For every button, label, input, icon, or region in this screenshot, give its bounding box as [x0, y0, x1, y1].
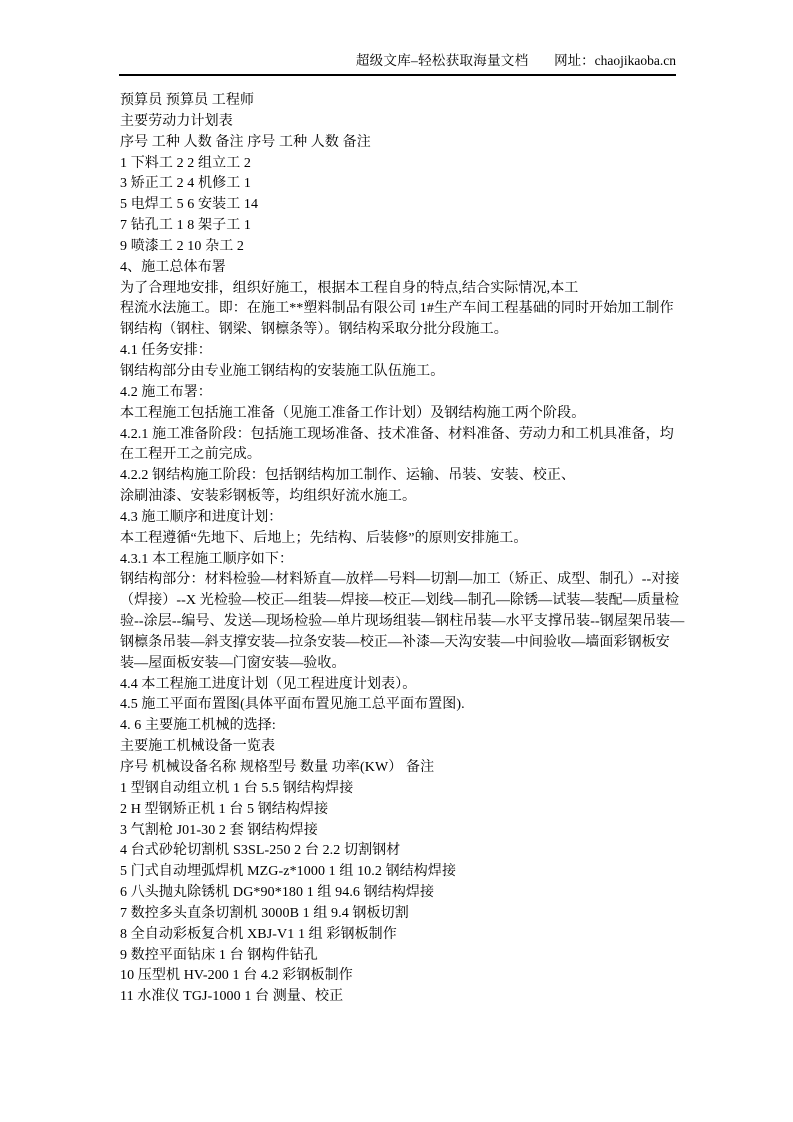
document-line: 4、施工总体布署 [120, 258, 680, 279]
document-line: 4.4 本工程施工进度计划（见工程进度计划表）。 [120, 675, 680, 696]
document-line: 4.3 施工顺序和进度计划： [120, 508, 680, 529]
header-divider [119, 74, 676, 76]
document-line: 2 H 型钢矫正机 1 台 5 钢结构焊接 [120, 800, 680, 821]
document-line: 钢结构部分：材料检验—材料矫直—放样—号料—切割—加工（矫正、成型、制孔）--对… [120, 570, 680, 591]
document-line: 3 矫正工 2 4 机修工 1 [120, 174, 680, 195]
document-line: 序号 工种 人数 备注 序号 工种 人数 备注 [120, 133, 680, 154]
document-line: 本工程施工包括施工准备（见施工准备工作计划）及钢结构施工两个阶段。 [120, 404, 680, 425]
document-line: 3 气割枪 J01-30 2 套 钢结构焊接 [120, 821, 680, 842]
document-line: 为了合理地安排，组织好施工，根据本工程自身的特点,结合实际情况,本工 [120, 279, 680, 300]
header-site-text: 超级文库–轻松获取海量文档 [356, 53, 529, 68]
document-line: 预算员 预算员 工程师 [120, 91, 680, 112]
document-line: 4.2.1 施工准备阶段：包括施工现场准备、技术准备、材料准备、劳动力和工机具准… [120, 425, 680, 446]
document-line: 4 台式砂轮切割机 S3SL-250 2 台 2.2 切割钢材 [120, 841, 680, 862]
document-line: 10 压型机 HV-200 1 台 4.2 彩钢板制作 [120, 966, 680, 987]
document-line: 5 门式自动埋弧焊机 MZG-z*1000 1 组 10.2 钢结构焊接 [120, 862, 680, 883]
document-line: 6 八头抛丸除锈机 DG*90*180 1 组 94.6 钢结构焊接 [120, 883, 680, 904]
document-line: 4.5 施工平面布置图(具体平面布置见施工总平面布置图). [120, 695, 680, 716]
document-line: 钢结构（钢柱、钢梁、钢檩条等）。钢结构采取分批分段施工。 [120, 320, 680, 341]
document-page: 超级文库–轻松获取海量文档网址：chaojikaoba.cn 预算员 预算员 工… [0, 0, 793, 1122]
document-line: 4.1 任务安排： [120, 341, 680, 362]
document-line: 8 全自动彩板复合机 XBJ-V1 1 组 彩钢板制作 [120, 925, 680, 946]
document-body: 预算员 预算员 工程师主要劳动力计划表序号 工种 人数 备注 序号 工种 人数 … [120, 91, 680, 1008]
document-line: 7 钻孔工 1 8 架子工 1 [120, 216, 680, 237]
document-line: （焊接）--X 光检验—校正—组装—焊接—校正—划线—制孔—除锈—试装—装配—质… [120, 591, 680, 612]
document-line: 涂刷油漆、安装彩钢板等，均组织好流水施工。 [120, 487, 680, 508]
document-line: 1 下料工 2 2 组立工 2 [120, 154, 680, 175]
document-line: 1 型钢自动组立机 1 台 5.5 钢结构焊接 [120, 779, 680, 800]
document-line: 验--涂层--编号、发送—现场检验—单片现场组装—钢柱吊装—水平支撑吊装--钢屋… [120, 612, 680, 633]
document-line: 主要施工机械设备一览表 [120, 737, 680, 758]
document-line: 9 喷漆工 2 10 杂工 2 [120, 237, 680, 258]
document-line: 7 数控多头直条切割机 3000B 1 组 9.4 钢板切割 [120, 904, 680, 925]
document-line: 5 电焊工 5 6 安装工 14 [120, 195, 680, 216]
document-line: 钢檩条吊装—斜支撑安装—拉条安装—校正—补漆—天沟安装—中间验收—墙面彩钢板安 [120, 633, 680, 654]
document-line: 程流水法施工。即：在施工**塑料制品有限公司 1#生产车间工程基础的同时开始加工… [120, 299, 680, 320]
document-line: 4. 6 主要施工机械的选择: [120, 716, 680, 737]
document-line: 装—屋面板安装—门窗安装—验收。 [120, 654, 680, 675]
document-line: 本工程遵循“先地下、后地上；先结构、后装修”的原则安排施工。 [120, 529, 680, 550]
document-line: 9 数控平面钻床 1 台 钢构件钻孔 [120, 946, 680, 967]
document-line: 4.2 施工布署： [120, 383, 680, 404]
document-line: 主要劳动力计划表 [120, 112, 680, 133]
document-line: 11 水准仪 TGJ-1000 1 台 测量、校正 [120, 987, 680, 1008]
document-line: 4.2.2 钢结构施工阶段：包括钢结构加工制作、运输、吊装、安装、校正、 [120, 466, 680, 487]
header-url-label: 网址： [554, 53, 595, 68]
document-line: 钢结构部分由专业施工钢结构的安装施工队伍施工。 [120, 362, 680, 383]
page-header: 超级文库–轻松获取海量文档网址：chaojikaoba.cn [119, 52, 676, 69]
document-line: 在工程开工之前完成。 [120, 445, 680, 466]
document-line: 序号 机械设备名称 规格型号 数量 功率(KW） 备注 [120, 758, 680, 779]
document-line: 4.3.1 本工程施工顺序如下： [120, 550, 680, 571]
header-url-link[interactable]: chaojikaoba.cn [595, 53, 676, 68]
